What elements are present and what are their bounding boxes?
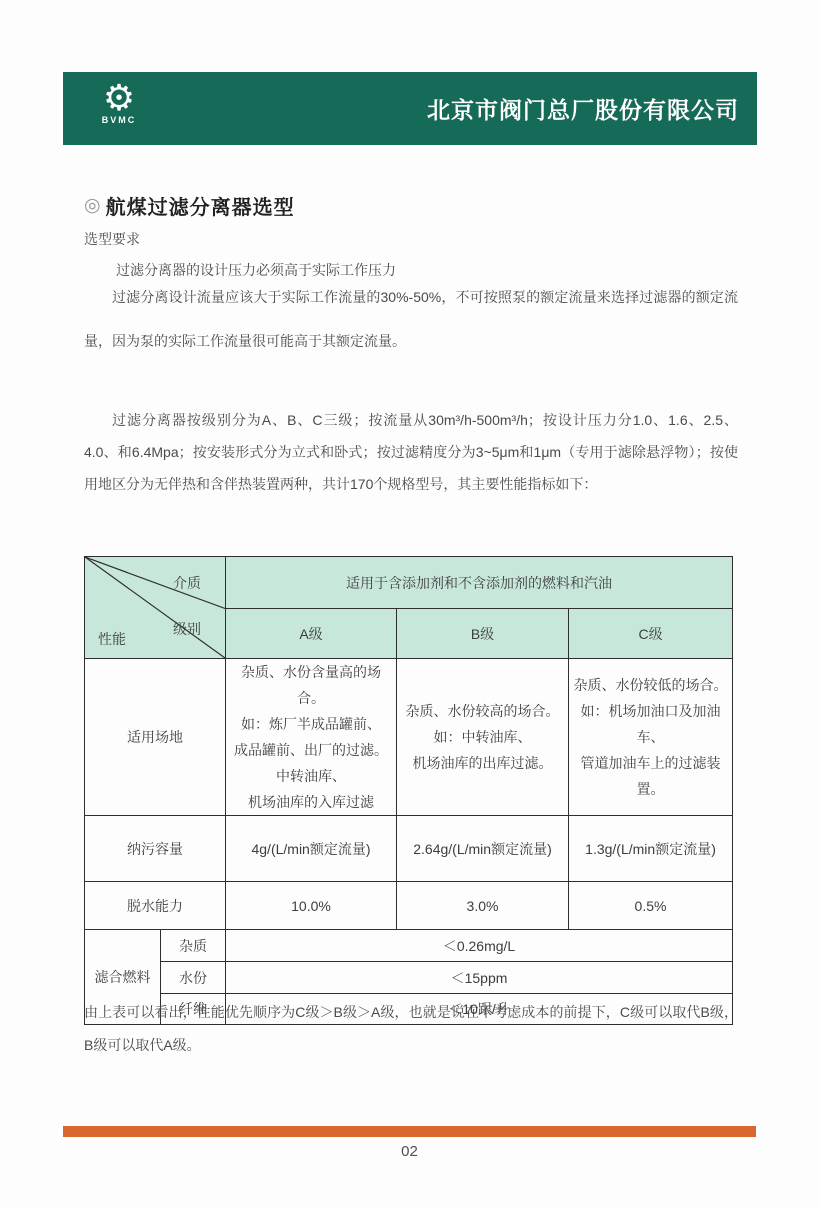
dewatering-row-label: 脱水能力 [85,882,226,930]
dewatering-a-cell: 10.0% [226,882,397,930]
capacity-b-cell: 2.64g/(L/min额定流量) [397,816,569,882]
page-number: 02 [63,1143,756,1160]
ring-bullet-icon: ◎ [84,194,101,218]
paragraph-flow: 过滤分离设计流量应该大于实际工作流量的30%-50%，不可按照泵的额定流量来选择… [84,275,738,363]
capacity-a-cell: 4g/(L/min额定流量) [226,816,397,882]
spec-table: 介质 级别 性能 适用于含添加剂和不含添加剂的燃料和汽油 A级 B级 C级 适用… [84,556,733,1025]
capacity-c-cell: 1.3g/(L/min额定流量) [569,816,733,882]
dewatering-c-cell: 0.5% [569,882,733,930]
table-row-fuel-water: 水份 ＜15ppm [85,962,733,994]
corner-performance-label: 性能 [98,629,126,649]
site-c-cell: 杂质、水份较低的场合。 如：机场加油口及加油车、 管道加油车上的过滤装置。 [569,659,733,816]
table-row-capacity: 纳污容量 4g/(L/min额定流量) 2.64g/(L/min额定流量) 1.… [85,816,733,882]
footer-divider [63,1126,756,1137]
page: ⚙ BVMC 北京市阀门总厂股份有限公司 ◎ 航煤过滤分离器选型 选型要求 过滤… [0,0,820,1208]
media-header-cell: 适用于含添加剂和不含添加剂的燃料和汽油 [226,557,733,609]
fuel-impurity-label: 杂质 [161,930,226,962]
grade-a-header: A级 [226,609,397,659]
conclusion-paragraph: 由上表可以看出，性能优先顺序为C级＞B级＞A级，也就是说在不考虑成本的前提下，C… [84,996,738,1062]
logo-text: BVMC [87,115,151,125]
section-subtitle: 选型要求 [84,229,140,249]
site-row-label: 适用场地 [85,659,226,816]
corner-cell: 介质 级别 性能 [85,557,226,659]
header-banner: ⚙ BVMC 北京市阀门总厂股份有限公司 [63,72,757,145]
dewatering-b-cell: 3.0% [397,882,569,930]
site-b-cell: 杂质、水份较高的场合。 如：中转油库、 机场油库的出库过滤。 [397,659,569,816]
fuel-water-value: ＜15ppm [226,962,733,994]
page-title: 航煤过滤分离器选型 [106,191,295,220]
fuel-impurity-value: ＜0.26mg/L [226,930,733,962]
paragraph-classification: 过滤分离器按级别分为A、B、C三级；按流量从30m³/h-500m³/h；按设计… [84,404,738,500]
corner-grade-label: 级别 [173,619,201,639]
table-row-dewatering: 脱水能力 10.0% 3.0% 0.5% [85,882,733,930]
site-a-cell: 杂质、水份含量高的场合。 如：炼厂半成品罐前、 成品罐前、出厂的过滤。 中转油库… [226,659,397,816]
corner-medium-label: 介质 [173,573,201,593]
section-title: ◎ 航煤过滤分离器选型 [84,191,295,220]
company-name: 北京市阀门总厂股份有限公司 [427,72,739,145]
fuel-water-label: 水份 [161,962,226,994]
gear-icon: ⚙ [87,78,151,118]
grade-b-header: B级 [397,609,569,659]
table-row-fuel-impurity: 滤合燃料 杂质 ＜0.26mg/L [85,930,733,962]
grade-c-header: C级 [569,609,733,659]
table-row-site: 适用场地 杂质、水份含量高的场合。 如：炼厂半成品罐前、 成品罐前、出厂的过滤。… [85,659,733,816]
company-logo: ⚙ BVMC [87,78,151,125]
capacity-row-label: 纳污容量 [85,816,226,882]
